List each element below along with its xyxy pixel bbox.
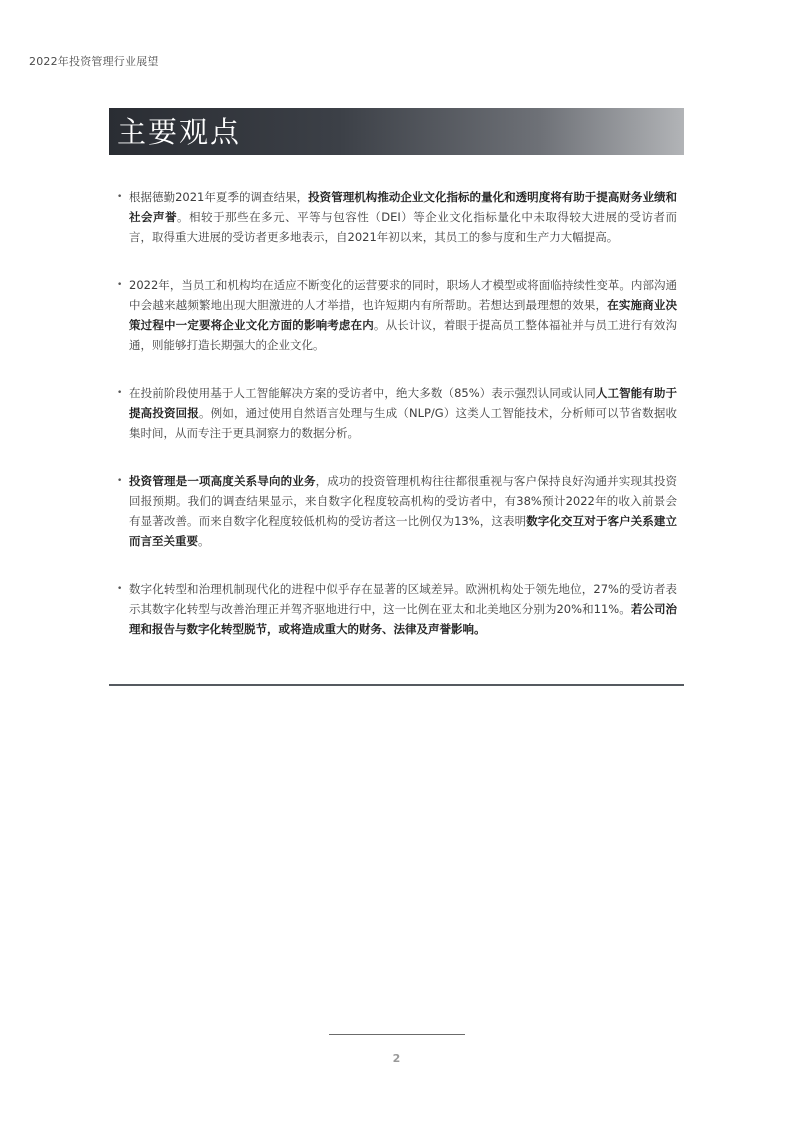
- key-point-2: • 2022年，当员工和机构均在适应不断变化的运营要求的同时，职场人才模型或将面…: [117, 275, 677, 355]
- text-segment: 在投前阶段使用基于人工智能解决方案的受访者中，绝大多数（85%）表示强烈认同或认…: [129, 386, 596, 400]
- key-points-list: • 根据德勤2021年夏季的调查结果，投资管理机构推动企业文化指标的量化和透明度…: [117, 187, 677, 667]
- text-segment: 根据德勤2021年夏季的调查结果，: [129, 190, 308, 204]
- text-segment: 数字化转型和治理机制现代化的进程中似乎存在显著的区域差异。欧洲机构处于领先地位，…: [129, 582, 677, 616]
- key-point-5: • 数字化转型和治理机制现代化的进程中似乎存在显著的区域差异。欧洲机构处于领先地…: [117, 579, 677, 639]
- bullet-icon: •: [117, 383, 122, 403]
- bullet-icon: •: [117, 275, 122, 295]
- bullet-icon: •: [117, 187, 122, 207]
- text-segment: 。例如，通过使用自然语言处理与生成（NLP/G）这类人工智能技术，分析师可以节省…: [129, 406, 677, 440]
- key-point-3: • 在投前阶段使用基于人工智能解决方案的受访者中，绝大多数（85%）表示强烈认同…: [117, 383, 677, 443]
- page-number: 2: [0, 1052, 793, 1065]
- key-point-1: • 根据德勤2021年夏季的调查结果，投资管理机构推动企业文化指标的量化和透明度…: [117, 187, 677, 247]
- text-segment: 。相较于那些在多元、平等与包容性（DEI）等企业文化指标量化中未取得较大进展的受…: [129, 210, 677, 244]
- key-point-4: • 投资管理是一项高度关系导向的业务，成功的投资管理机构往往都很重视与客户保持良…: [117, 471, 677, 551]
- section-title: 主要观点: [117, 113, 241, 151]
- section-divider: [109, 684, 684, 686]
- text-segment: 。: [198, 534, 210, 548]
- bullet-icon: •: [117, 471, 122, 491]
- running-header: 2022年投资管理行业展望: [29, 53, 159, 69]
- text-segment: 2022年，当员工和机构均在适应不断变化的运营要求的同时，职场人才模型或将面临持…: [129, 278, 677, 312]
- footer-divider: [329, 1034, 465, 1035]
- bullet-icon: •: [117, 579, 122, 599]
- text-segment-bold: 投资管理是一项高度关系导向的业务: [129, 474, 316, 488]
